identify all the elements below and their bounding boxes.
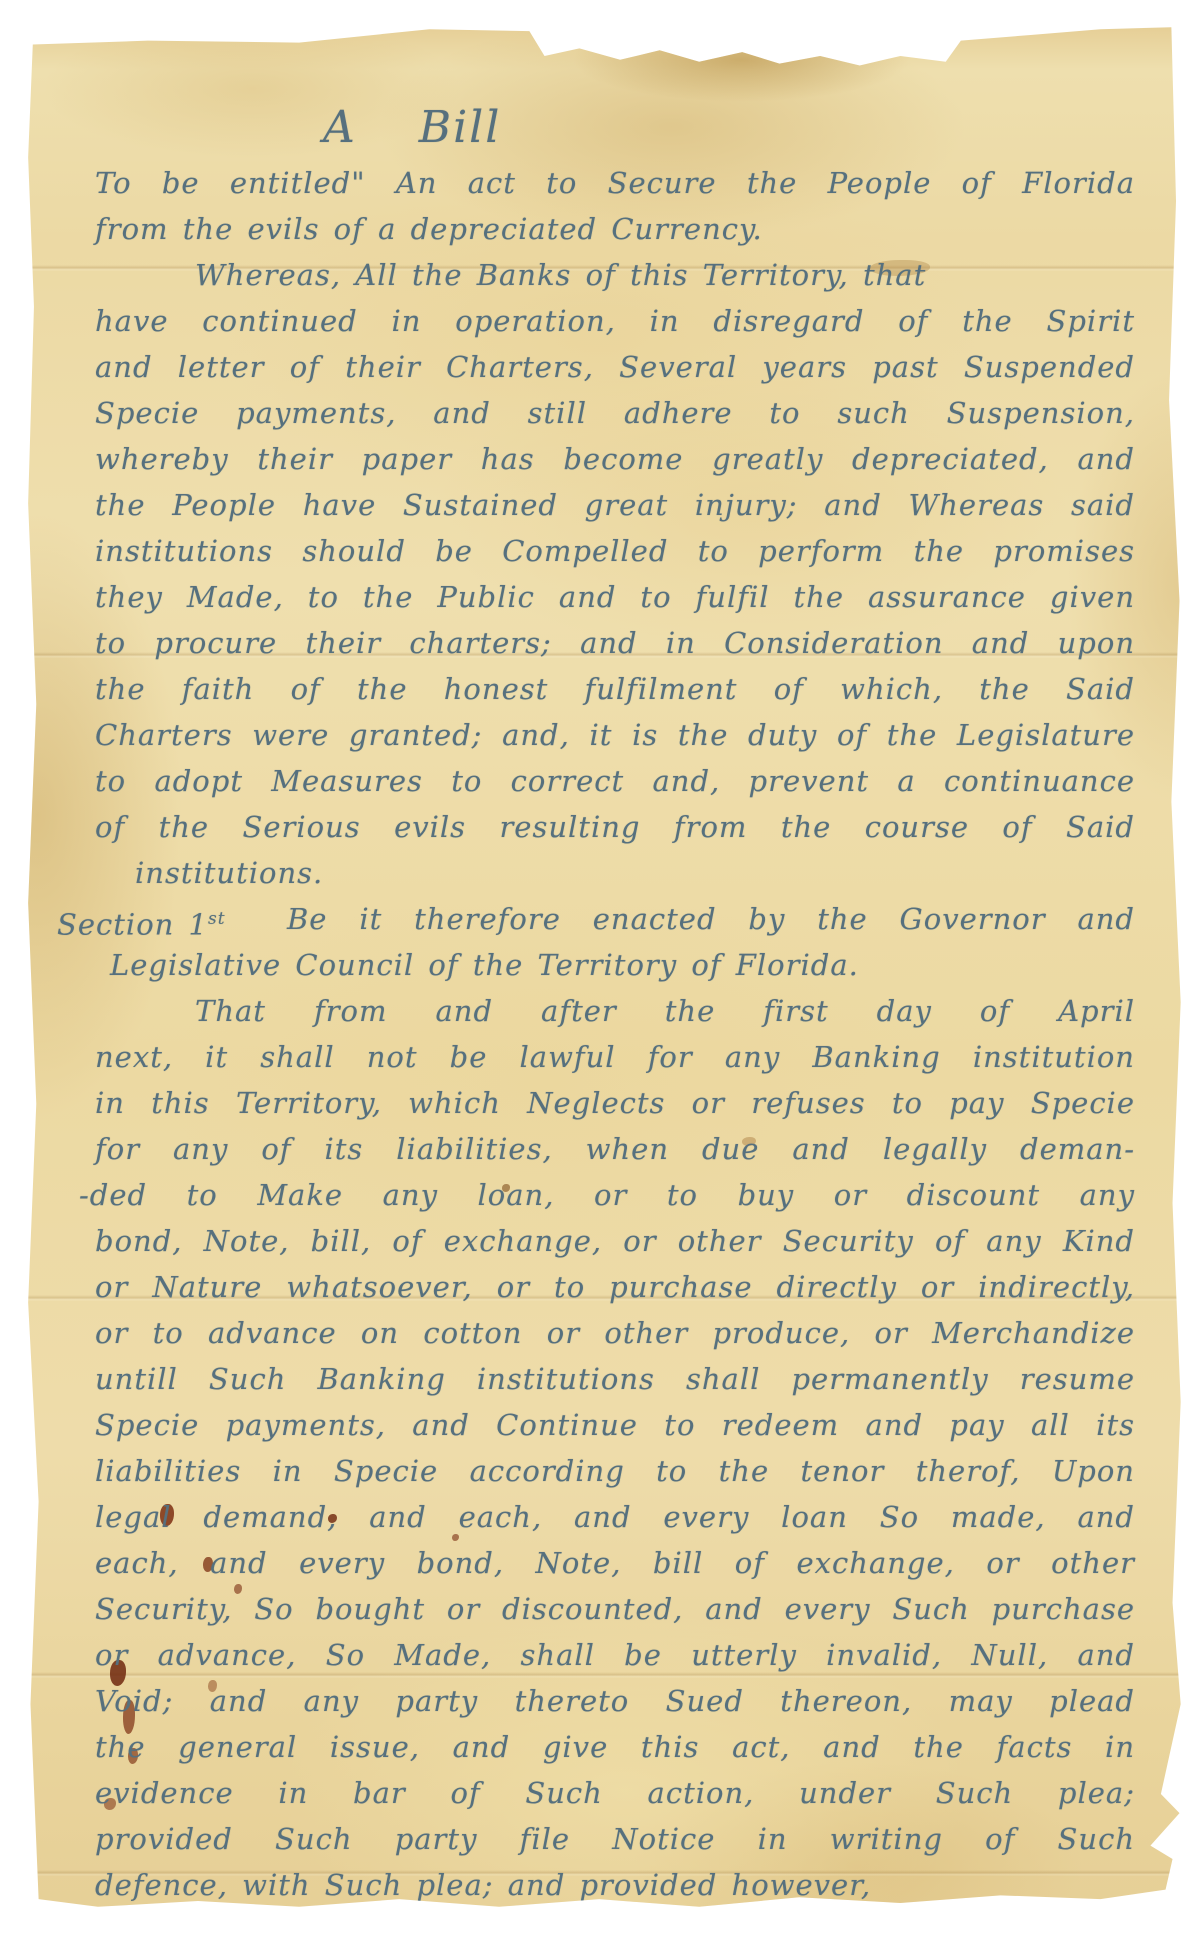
manuscript-line: whereby their paper has become greatly d… [75, 436, 1135, 482]
section-label: Section 1st [57, 896, 287, 942]
manuscript-line: institutions. [75, 850, 1135, 896]
manuscript-line: of the Serious evils resulting from the … [75, 804, 1135, 850]
manuscript-line: Section 1stBe it therefore enacted by th… [57, 896, 1135, 942]
document-title: A Bill [75, 102, 1135, 160]
manuscript-line: That from and after the first day of Apr… [75, 988, 1135, 1034]
manuscript-line: to procure their charters; and in Consid… [75, 620, 1135, 666]
manuscript-page: A Bill To be entitled" An act to Secure … [20, 12, 1183, 1924]
manuscript-line: Void; and any party thereto Sued thereon… [75, 1678, 1135, 1724]
manuscript-line: to adopt Measures to correct and, preven… [75, 758, 1135, 804]
manuscript-line: or Nature whatsoever, or to purchase dir… [75, 1264, 1135, 1310]
manuscript-line: Charters were granted; and, it is the du… [75, 712, 1135, 758]
manuscript-line: -ded to Make any loan, or to buy or disc… [75, 1172, 1135, 1218]
manuscript-line: provided Such party file Notice in writi… [75, 1816, 1135, 1862]
manuscript-line: liabilities in Specie according to the t… [75, 1448, 1135, 1494]
manuscript-line: institutions should be Compelled to perf… [75, 528, 1135, 574]
manuscript-line: they Made, to the Public and to fulfil t… [75, 574, 1135, 620]
manuscript-line: Whereas, All the Banks of this Territory… [75, 252, 1135, 298]
manuscript-text: A Bill To be entitled" An act to Secure … [75, 102, 1135, 1908]
manuscript-line: and letter of their Charters, Several ye… [75, 344, 1135, 390]
manuscript-line: defence, with Such plea; and provided ho… [75, 1862, 1135, 1908]
manuscript-line: Specie payments, and still adhere to suc… [75, 390, 1135, 436]
manuscript-line: untill Such Banking institutions shall p… [75, 1356, 1135, 1402]
manuscript-line: Security, So bought or discounted, and e… [75, 1586, 1135, 1632]
manuscript-line: or to advance on cotton or other produce… [75, 1310, 1135, 1356]
document-body: To be entitled" An act to Secure the Peo… [75, 160, 1135, 1908]
manuscript-line: or advance, So Made, shall be utterly in… [75, 1632, 1135, 1678]
manuscript-line: from the evils of a depreciated Currency… [75, 206, 1135, 252]
manuscript-line: have continued in operation, in disregar… [75, 298, 1135, 344]
manuscript-line: the People have Sustained great injury; … [75, 482, 1135, 528]
manuscript-line: legal demand, and each, and every loan S… [75, 1494, 1135, 1540]
manuscript-line: for any of its liabilities, when due and… [75, 1126, 1135, 1172]
manuscript-line: the faith of the honest fulfilment of wh… [75, 666, 1135, 712]
manuscript-line-text: Be it therefore enacted by the Governor … [287, 896, 1135, 942]
manuscript-line: next, it shall not be lawful for any Ban… [75, 1034, 1135, 1080]
manuscript-line: in this Territory, which Neglects or ref… [75, 1080, 1135, 1126]
manuscript-line: each, and every bond, Note, bill of exch… [75, 1540, 1135, 1586]
manuscript-line: To be entitled" An act to Secure the Peo… [75, 160, 1135, 206]
manuscript-line: the general issue, and give this act, an… [75, 1724, 1135, 1770]
manuscript-line: Specie payments, and Continue to redeem … [75, 1402, 1135, 1448]
manuscript-line: evidence in bar of Such action, under Su… [75, 1770, 1135, 1816]
manuscript-line: bond, Note, bill, of exchange, or other … [75, 1218, 1135, 1264]
manuscript-line: Legislative Council of the Territory of … [75, 942, 1135, 988]
